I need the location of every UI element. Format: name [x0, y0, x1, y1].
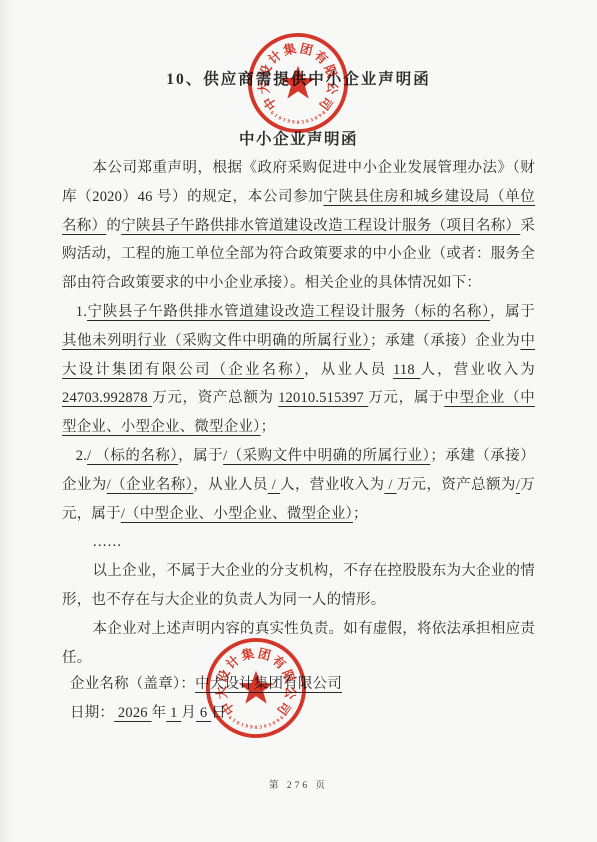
- svg-text:3: 3: [310, 117, 315, 124]
- filled-in-value: 6: [196, 705, 211, 721]
- svg-text:6: 6: [269, 110, 275, 116]
- static-text: 月: [181, 705, 196, 721]
- svg-text:0: 0: [297, 120, 300, 126]
- document-body: 本公司郑重声明，根据《政府采购促进中小企业发展管理办法》（财库（2020）46 …: [62, 154, 535, 672]
- filled-in-value: / （标的名称）: [87, 448, 178, 464]
- filled-in-value: /: [384, 477, 396, 493]
- static-text: 日期：: [70, 705, 114, 721]
- static-text: 年: [152, 705, 167, 721]
- static-text: 1.: [76, 304, 87, 320]
- filled-in-value: /（企业名称）: [107, 477, 194, 493]
- filled-in-value: 12010.515397: [278, 390, 368, 406]
- static-text: ；: [261, 419, 276, 435]
- static-text: 以上企业，不属于大企业的分支机构，不存在控股股东为大企业的情形，也不存在与大企业…: [62, 563, 535, 608]
- page-edge-shadow: [0, 0, 16, 842]
- static-text: ……: [92, 534, 121, 550]
- svg-text:1: 1: [273, 113, 279, 120]
- static-text: ，从业人员: [304, 362, 393, 378]
- static-text: 本企业对上述声明内容的真实性负责。如有虚假，将依法承担相应责任。: [62, 621, 535, 666]
- svg-text:3: 3: [301, 119, 305, 125]
- static-text: 2.: [76, 448, 87, 464]
- document-title: 10、供应商需提供中小企业声明函: [0, 0, 597, 89]
- filled-in-value: /（中型企业、小型企业、微型企业）: [121, 506, 353, 522]
- filled-in-value: 2026: [114, 705, 151, 721]
- svg-text:司: 司: [316, 94, 335, 112]
- static-text: 的: [106, 218, 121, 234]
- filled-in-value: /: [268, 477, 280, 493]
- paragraph-5: 以上企业，不属于大企业的分支机构，不存在控股股东为大企业的情形，也不存在与大企业…: [62, 557, 535, 615]
- static-text: 万元，资产总额为: [397, 477, 516, 493]
- static-text: ；: [353, 506, 368, 522]
- static-text: ，从业人员: [193, 477, 268, 493]
- declaration-title: 中小企业声明函: [0, 131, 597, 149]
- static-text: ，属于: [490, 304, 535, 320]
- filled-in-value: 宁陕县子午路供排水管道建设改造工程设计服务（项目名称）: [121, 218, 520, 234]
- date-line: 日期： 2026 年 1 月 6 日: [70, 699, 342, 728]
- filled-in-value: 其他未列明行业（采购文件中明确的所属行业）: [62, 333, 370, 349]
- static-text: 人，营业收入为: [421, 362, 535, 378]
- paragraph-1: 本公司郑重声明，根据《政府采购促进中小企业发展管理办法》（财库（2020）46 …: [62, 154, 535, 298]
- signature-block: 企业名称（盖章）：中大设计集团有限公司 日期： 2026 年 1 月 6 日: [70, 670, 342, 728]
- svg-text:1: 1: [282, 117, 287, 124]
- svg-text:9: 9: [318, 113, 324, 120]
- filled-in-value: 24703.992878: [62, 390, 152, 406]
- filled-in-value: /（采购文件中明确的所属行业）: [223, 448, 430, 464]
- paragraph-6: 本企业对上述声明内容的真实性负责。如有虚假，将依法承担相应责任。: [62, 615, 535, 673]
- svg-text:0: 0: [321, 110, 327, 116]
- static-text: 万元，资产总额为: [152, 390, 278, 406]
- filled-in-value: 1: [166, 705, 181, 721]
- svg-text:中: 中: [260, 94, 280, 113]
- paragraph-4: ……: [62, 528, 535, 557]
- paragraph-2: 1.宁陕县子午路供排水管道建设改造工程设计服务（标的名称），属于其他未列明行业（…: [62, 298, 535, 442]
- filled-in-value: 中大设计集团有限公司: [195, 676, 342, 692]
- static-text: ；承建（承接）企业为: [370, 333, 520, 349]
- static-text: 企业名称（盖章）：: [70, 676, 195, 692]
- company-name-line: 企业名称（盖章）：中大设计集团有限公司: [70, 670, 342, 699]
- static-text: 人，营业收入为: [280, 477, 384, 493]
- static-text: ，属于: [178, 448, 223, 464]
- filled-in-value: 宁陕县子午路供排水管道建设改造工程设计服务（标的名称）: [87, 304, 490, 320]
- svg-text:0: 0: [314, 115, 319, 122]
- svg-text:9: 9: [287, 119, 291, 126]
- static-text: 万元，属于: [368, 390, 444, 406]
- svg-text:9: 9: [292, 119, 296, 125]
- svg-text:9: 9: [305, 118, 309, 125]
- static-text: 日: [211, 705, 226, 721]
- filled-in-value: 118: [393, 362, 421, 378]
- svg-text:0: 0: [277, 115, 282, 122]
- paragraph-3: 2./ （标的名称），属于/（采购文件中明确的所属行业）；承建（承接）企业为/（…: [62, 442, 535, 528]
- page-number: 第 276 页: [0, 777, 597, 791]
